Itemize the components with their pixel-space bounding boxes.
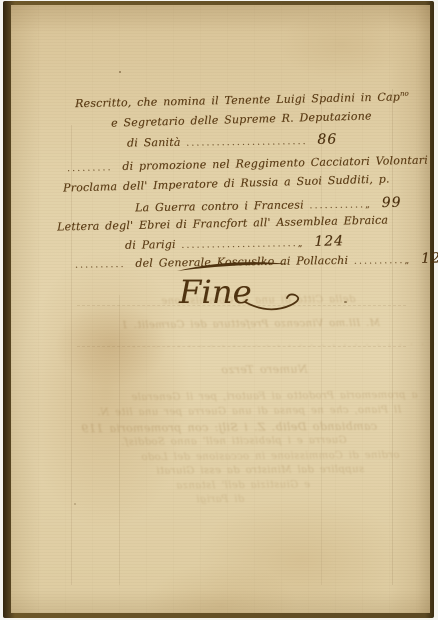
fine-text: Fine [178,273,252,311]
entry-page-number: 99 [382,195,402,211]
entry-page-number: 128 [421,250,438,266]
dot-leader: ........................ [186,137,308,149]
entry-text: e Segretario delle Supreme R. Deputazion… [111,109,372,129]
index-entry: Rescritto, che nomina il Tenente Luigi S… [75,88,409,111]
index-entry: di Parigi .......................„ 124 [125,235,344,253]
dot-leader: ......... [67,163,113,174]
entry-text: di Sanità [127,136,181,150]
scanned-manuscript-page: della Città di una S. Commissione M. Ill… [0,0,438,620]
entry-text: Rescritto, che nomina il Tenente Luigi S… [75,90,400,110]
fine-flourish: Fine [149,255,319,325]
flourish-tail [245,294,298,309]
paper: della Città di una S. Commissione M. Ill… [11,5,430,613]
entry-text: di promozione nel Reggimento Cacciatori … [122,154,428,173]
index-entry: di Sanità ........................ 86 [127,134,337,152]
entry-text: Proclama dell' Imperatore di Russia a Su… [63,172,390,194]
entry-page-number: 86 [317,132,337,148]
index-list: Rescritto, che nomina il Tenente Luigi S… [11,5,430,613]
dot-leader: ...........„ [309,200,372,211]
entry-superscript: no [400,90,409,98]
dot-leader: .......... [75,260,126,271]
flourish-swash-top [177,262,289,271]
entry-page-number: 124 [314,233,344,249]
entry-text: Lettera degl' Ebrei di Francfort all' As… [57,214,388,234]
index-entry: e Segretario delle Supreme R. Deputazion… [111,109,372,129]
entry-text: La Guerra contro i Francesi [135,198,304,214]
dot-leader: ..........„ [354,256,412,267]
index-entry: Lettera degl' Ebrei di Francfort all' As… [57,214,388,234]
entry-text: di Parigi [125,238,176,252]
dot-leader: .......................„ [181,239,304,251]
index-entry: Proclama dell' Imperatore di Russia a Su… [63,172,390,194]
